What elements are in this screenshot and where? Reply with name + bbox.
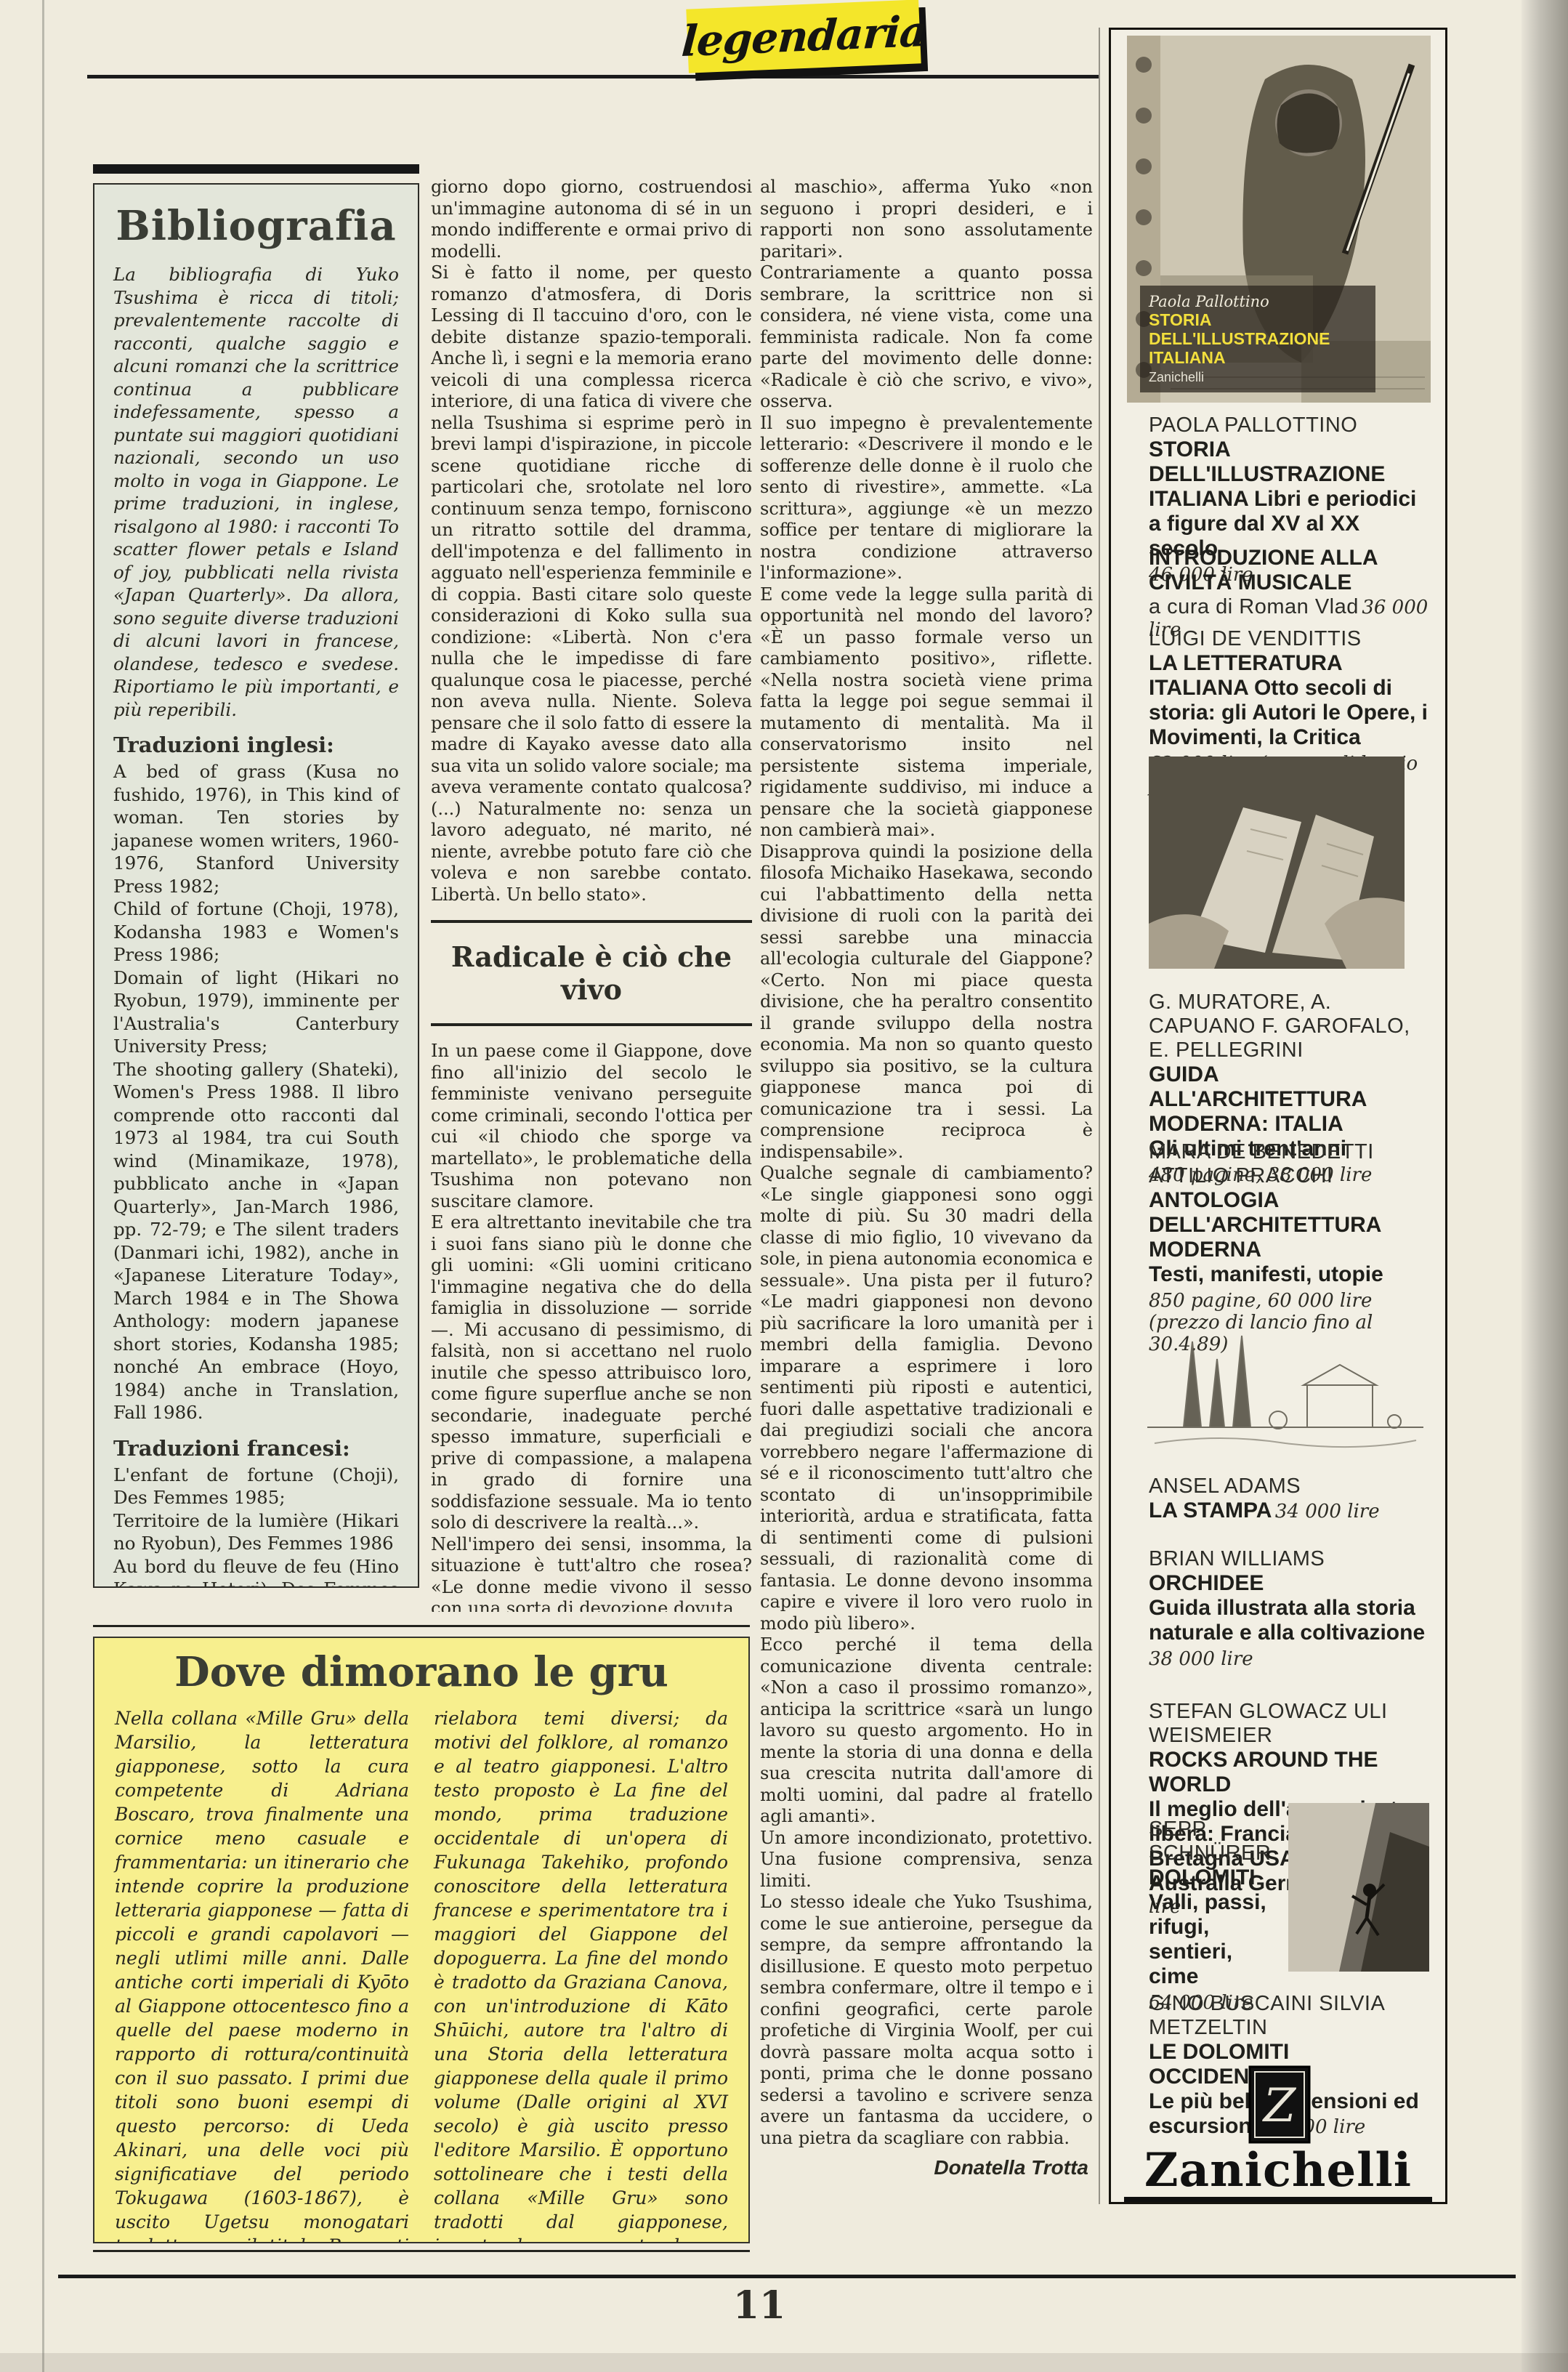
hands-with-books-photo [1149,757,1405,969]
article-paragraph: Ecco perché il tema della comunicazione … [760,1634,1093,1828]
page-number: 11 [694,2283,825,2328]
article-column-middle: giorno dopo giorno, costruendosi un'imma… [431,177,752,1612]
cover-publisher: Zanichelli [1149,370,1367,385]
article-paragraph: Si è fatto il nome, per questo romanzo d… [431,262,752,905]
article-subhead-text: Radicale è ciò che vivo [451,940,732,1006]
book-authors: MARA DE BENEDETTI ATTILIO PRACCHI [1149,1140,1434,1188]
legendaria-logo: legendaria [686,0,921,73]
book-editor: a cura di Roman Vlad [1149,595,1359,618]
scan-edge-left [42,0,44,2372]
book-cover-illustration: Paola Pallottino STORIA DELL'ILLUSTRAZIO… [1127,36,1431,403]
cover-title: STORIA DELL'ILLUSTRAZIONE ITALIANA [1149,310,1367,367]
book-title: GUIDA ALL'ARCHITETTURA MODERNA: ITALIA [1149,1062,1434,1137]
cranes-box-title: Dove dimorano le gru [115,1648,728,1696]
book-title: ANTOLOGIA DELL'ARCHITETTURA MODERNA [1149,1188,1434,1262]
book-listing: ANSEL ADAMS LA STAMPA 34 000 lire [1149,1475,1434,1523]
scan-edge-right [1521,0,1568,2372]
book-title: LA LETTERATURA ITALIANA Otto secoli di s… [1149,651,1434,750]
bibliography-entry: L'enfant de fortune (Choji), Des Femmes … [113,1464,399,1509]
cranes-box-columns: Nella collana «Mille Gru» della Marsilio… [115,1706,728,2243]
book-authors: STEFAN GLOWACZ ULI WEISMEIER [1149,1700,1434,1748]
cranes-box-top-rule [93,1625,750,1627]
cover-text-overlay: Paola Pallottino STORIA DELL'ILLUSTRAZIO… [1140,286,1375,392]
sidebar-outer-rule [1099,28,1100,2204]
article-paragraph: giorno dopo giorno, costruendosi un'imma… [431,177,752,262]
book-authors: LUIGI DE VENDITTIS [1149,627,1434,651]
footer-short-rule [93,2250,750,2252]
article-paragraph: Il suo impegno è prevalentemente lettera… [760,413,1093,584]
wordmark-underline [1124,2197,1432,2202]
cover-author: Paola Pallottino [1149,293,1367,310]
book-listing: SEPP SCHNÜRER DOLOMITI Valli, passi, rif… [1149,1818,1280,2014]
article-subhead: Radicale è ciò che vivo [431,920,752,1026]
book-price: 38 000 lire [1149,1648,1434,1670]
book-authors: GINO BUSCAINI SILVIA METZELTIN [1149,1992,1434,2040]
book-authors: ANSEL ADAMS [1149,1475,1434,1498]
bibliography-entry: The shooting gallery (Shateki), Women's … [113,1058,399,1424]
book-listing: BRIAN WILLIAMS ORCHIDEE Guida illustrata… [1149,1547,1434,1670]
bibliography-box: Bibliografia La bibliografia di Yuko Tsu… [93,183,419,1588]
svg-text:Z: Z [1262,2079,1297,2133]
scan-edge-bottom [0,2353,1568,2372]
article-paragraph: E come vede la legge sulla parità di opp… [760,584,1093,842]
book-title: ORCHIDEE [1149,1571,1434,1596]
landscape-drawing [1140,1298,1431,1459]
book-authors: PAOLA PALLOTTINO [1149,414,1434,437]
zanichelli-wordmark: Zanichelli [1126,2143,1431,2198]
book-title: DOLOMITI [1149,1865,1280,1890]
cranes-box-right-text: rielabora temi diversi; da motivi del fo… [434,1708,728,2243]
bibliography-entry: Territoire de la lumière (Hikari no Ryob… [113,1509,399,1555]
bibliography-entry: A bed of grass (Kusa no fushido, 1976), … [113,760,399,897]
book-subtitle: Guida illustrata alla storia naturale e … [1149,1596,1434,1645]
article-signature: Donatella Trotta [760,2156,1093,2179]
book-title: LA STAMPA [1149,1498,1272,1522]
book-authors: SEPP SCHNÜRER [1149,1818,1280,1865]
book-subtitle: Testi, manifesti, utopie [1149,1262,1434,1287]
article-paragraph: al maschio», afferma Yuko «non seguono i… [760,177,1093,262]
article-paragraph: Lo stesso ideale che Yuko Tsushima, come… [760,1892,1093,2149]
publisher-ad-sidebar: Paola Pallottino STORIA DELL'ILLUSTRAZIO… [1109,28,1447,2204]
book-title: STORIA DELL'ILLUSTRAZIONE ITALIANA Libri… [1149,437,1434,561]
masthead-rule [87,75,1099,78]
bibliography-title: Bibliografia [113,202,399,250]
book-title: INTRODUZIONE ALLA CIVILTÀ MUSICALE [1149,546,1434,595]
bibliography-entry: Domain of light (Hikari no Ryobun, 1979)… [113,967,399,1058]
masthead-title: legendaria [680,7,928,66]
magazine-page: legendaria Bibliografia La bibliografia … [0,0,1568,2372]
bibliography-section-heading: Traduzioni inglesi: [113,733,399,757]
book-title: ROCKS AROUND THE WORLD [1149,1748,1434,1797]
footer-long-rule [58,2275,1516,2278]
book-subtitle: Valli, passi, rifugi, sentieri, cime [1149,1890,1280,1989]
article-paragraph: E era altrettanto inevitabile che tra i … [431,1212,752,1534]
book-price: 34 000 lire [1275,1501,1380,1522]
bibliography-section-heading: Traduzioni francesi: [113,1436,399,1461]
book-authors: G. MURATORE, A. CAPUANO F. GAROFALO, E. … [1149,991,1434,1062]
bibliography-top-bar [93,164,419,174]
climber-photo [1288,1803,1429,1972]
book-authors: BRIAN WILLIAMS [1149,1547,1434,1571]
article-paragraph: Contrariamente a quanto possa sembrare, … [760,262,1093,413]
bibliography-intro: La bibliografia di Yuko Tsushima è ricca… [113,263,399,721]
cranes-box-right-column: rielabora temi diversi; da motivi del fo… [434,1706,728,2243]
article-paragraph: Disapprova quindi la posizione della fil… [760,842,1093,1163]
zanichelli-seal-icon: Z [1248,2065,1312,2145]
article-paragraph: In un paese come il Giappone, dove fino … [431,1041,752,1212]
cranes-box: Dove dimorano le gru Nella collana «Mill… [93,1637,750,2243]
article-paragraph: Nell'impero dei sensi, insomma, la situa… [431,1534,752,1613]
article-paragraph: Qualche segnale di cambiamento? «Le sing… [760,1163,1093,1634]
article-column-right: al maschio», afferma Yuko «non seguono i… [760,177,1093,2211]
article-paragraph: Un amore incondizionato, protettivo. Una… [760,1828,1093,1892]
bibliography-entry: Child of fortune (Choji, 1978), Kodansha… [113,897,399,967]
bibliography-entry: Au bord du fleuve de feu (Hino Kawa no H… [113,1555,399,1589]
cranes-box-left-column: Nella collana «Mille Gru» della Marsilio… [115,1706,409,2243]
